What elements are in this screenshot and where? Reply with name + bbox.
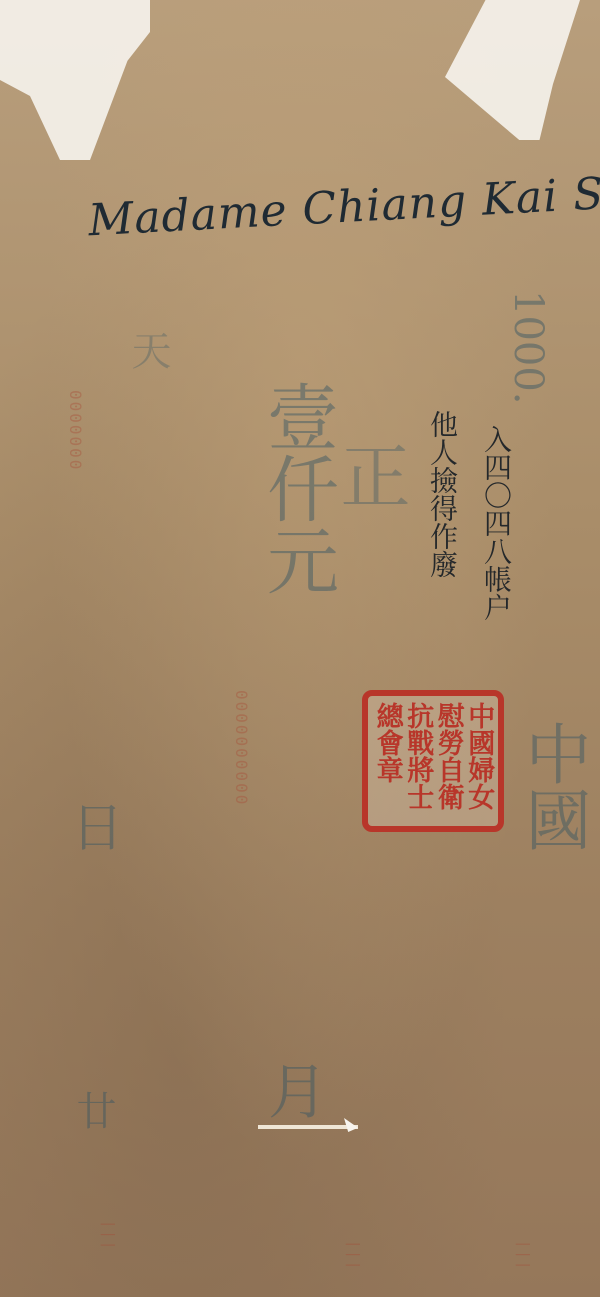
handwritten-void-note: 他人撿得作廢	[428, 410, 456, 578]
red-mark-bleed: |||	[345, 1240, 361, 1271]
handwritten-account-note: 入四〇四八帳户	[482, 425, 510, 621]
seal-column: 總會章	[374, 702, 401, 820]
seal-column: 慰勞自衛	[435, 702, 462, 820]
seal-column: 中國婦女	[465, 702, 492, 820]
red-mark-bleed: |||	[515, 1240, 531, 1271]
red-seal-stamp: 中國婦女 慰勞自衛 抗戰將士 總會章	[362, 690, 504, 832]
bleed-through-ink: 月	[250, 1060, 336, 1120]
bleed-through-amount: 1000.	[505, 290, 551, 405]
signature: Madame Chiang Kai Shek	[87, 169, 599, 247]
red-serial-bleed: 0000000	[66, 390, 85, 471]
bleed-through-ink: 中國	[505, 720, 600, 852]
seal-column: 抗戰將士	[404, 702, 431, 820]
red-mark-bleed: |||	[100, 1220, 116, 1251]
red-serial-bleed: 0000000000	[232, 690, 251, 806]
tape-left	[0, 0, 150, 160]
document-photo: 天 壹仟元 正 1000. 中國 日 月 廿 0000000 000000000…	[0, 0, 600, 1297]
bleed-through-ink: 天	[120, 330, 177, 370]
bleed-through-ink: 日	[55, 800, 130, 852]
paper-tear	[258, 1125, 358, 1129]
bleed-through-ink: 正	[320, 440, 421, 510]
bleed-through-ink: 廿	[65, 1090, 122, 1130]
tape-right	[445, 0, 580, 140]
